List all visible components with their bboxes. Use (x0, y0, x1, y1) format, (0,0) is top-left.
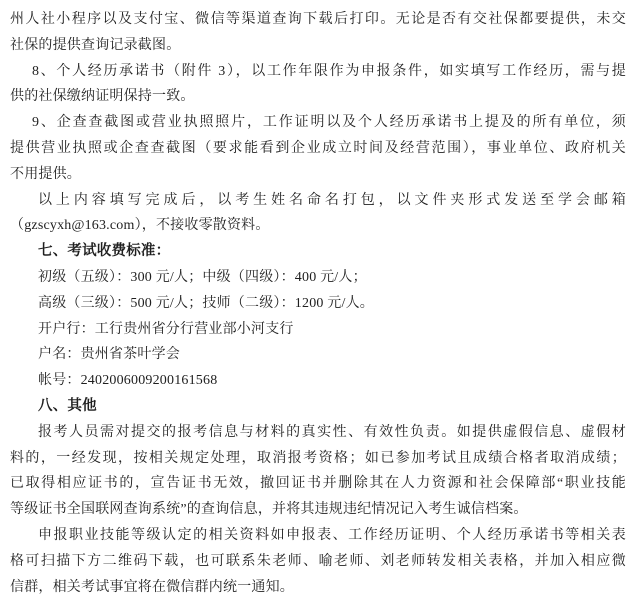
line-materials-download-1: 申报职业技能等级认定的相关资料如申报表、工作经历证明、个人经历承诺书等相关表 (10, 523, 626, 549)
line-fee-senior-technician: 高级（三级）：500 元/人；技师（二级）：1200 元/人。 (10, 291, 626, 317)
line-responsibility-4: 等级证书全国联网查询系统”的查询信息，并将其违规违纪情况记入考生诚信档案。 (10, 497, 626, 523)
line-item8-continuation: 供的社保缴纳证明保持一致。 (10, 84, 626, 110)
line-item9-continuation-1: 提供营业执照或企查查截图（要求能看到企业成立时间及经营范围），事业单位、政府机关 (10, 136, 626, 162)
line-item9-continuation-2: 不用提供。 (10, 162, 626, 188)
line-responsibility-3: 已取得相应证书的，宣告证书无效，撤回证书并删除其在人力资源和社会保障部“职业技能 (10, 471, 626, 497)
line-fee-junior-intermediate: 初级（五级）：300 元/人；中级（四级）：400 元/人； (10, 265, 626, 291)
line-item9-qichacha: 9、企查查截图或营业执照照片，工作证明以及个人经历承诺书上提及的所有单位，须 (10, 110, 626, 136)
line-channel-print-continuation: 州人社小程序以及支付宝、微信等渠道查询下载后打印。无论是否有交社保都要提供，未交 (10, 7, 626, 33)
line-bank-branch: 开户行：工行贵州省分行营业部小河支行 (10, 317, 626, 343)
line-social-security-screenshot: 社保的提供查询记录截图。 (10, 33, 626, 59)
line-packaging-instruction: 以上内容填写完成后，以考生姓名命名打包，以文件夹形式发送至学会邮箱 (10, 188, 626, 214)
document-page: 州人社小程序以及支付宝、微信等渠道查询下载后打印。无论是否有交社保都要提供，未交… (10, 7, 626, 600)
line-email-address: （gzscyxh@163.com），不接收零散资料。 (10, 213, 626, 239)
line-materials-download-3: 信群，相关考试事宜将在微信群内统一通知。 (10, 575, 626, 601)
line-account-number: 帐号：2402006009200161568 (10, 368, 626, 394)
heading-section-eight-other: 八、其他 (10, 394, 626, 420)
line-item8-personal-commitment: 8、个人经历承诺书（附件 3），以工作年限作为申报条件，如实填写工作经历，需与提 (10, 59, 626, 85)
heading-section-seven-exam-fees: 七、考试收费标准： (10, 239, 626, 265)
line-responsibility-2: 料的，一经发现，按相关规定处理，取消报考资格；如已参加考试且成绩合格者取消成绩； (10, 446, 626, 472)
line-account-name: 户名：贵州省茶叶学会 (10, 342, 626, 368)
line-materials-download-2: 格可扫描下方二维码下载，也可联系朱老师、喻老师、刘老师转发相关表格，并加入相应微 (10, 549, 626, 575)
line-responsibility-1: 报考人员需对提交的报考信息与材料的真实性、有效性负责。如提供虚假信息、虚假材 (10, 420, 626, 446)
